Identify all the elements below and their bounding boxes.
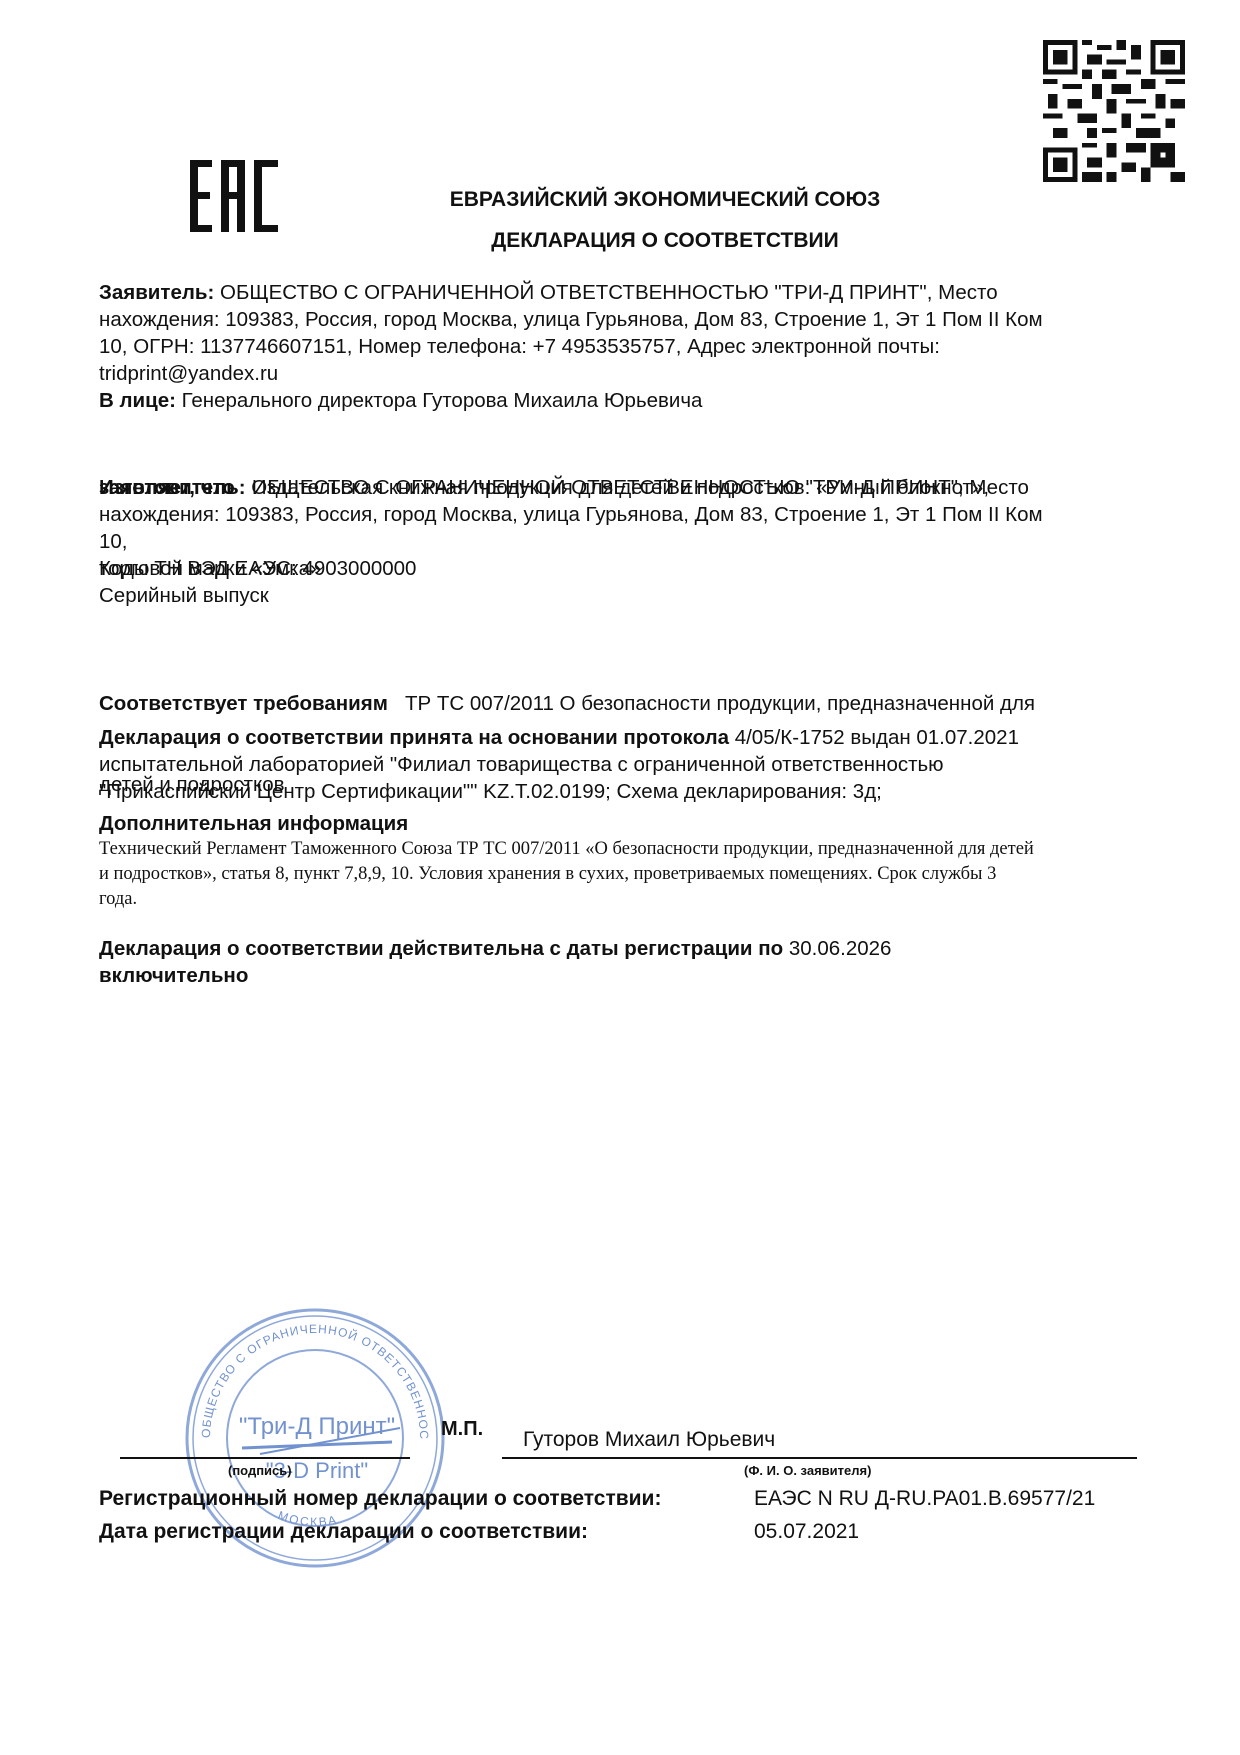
name-line <box>502 1457 1137 1459</box>
registration-number-label: Регистрационный номер декларации о соотв… <box>99 1487 661 1511</box>
manufacturer-line-1: ОБЩЕСТВО С ОГРАНИЧЕННОЙ ОТВЕТСТВЕННОСТЬЮ… <box>246 476 1029 499</box>
conformity-label: Соответствует требованиям <box>99 692 388 715</box>
basis-label: Декларация о соответствии принята на осн… <box>99 726 729 749</box>
validity-date: 30.06.2026 <box>783 937 891 960</box>
signature-line <box>120 1457 410 1459</box>
basis-block: Декларация о соответствии принята на осн… <box>99 724 1169 805</box>
manufacturer-line-2: нахождения: 109383, Россия, город Москва… <box>99 501 1169 528</box>
additional-info-line-1: Технический Регламент Таможенного Союза … <box>99 837 1169 862</box>
manufacturer-line-3: 10, <box>99 528 1169 555</box>
manufacturer-block: Изготовитель: ОБЩЕСТВО С ОГРАНИЧЕННОЙ ОТ… <box>99 474 1169 609</box>
additional-info-line-2: и подростков», статья 8, пункт 7,8,9, 10… <box>99 862 1169 887</box>
name-caption: (Ф. И. О. заявителя) <box>744 1463 871 1478</box>
basis-line-1: 4/05/К-1752 выдан 01.07.2021 <box>729 726 1019 749</box>
seal-place-label: М.П. <box>441 1418 483 1441</box>
additional-info-label: Дополнительная информация <box>99 812 408 835</box>
hs-codes: Коды ТН ВЭД ЕАЭС: 4903000000 <box>99 555 1169 582</box>
applicant-label: Заявитель: <box>99 281 214 304</box>
production-type: Серийный выпуск <box>99 582 1169 609</box>
applicant-email: tridprint@yandex.ru <box>99 360 1169 387</box>
basis-line-3: "Прикаспийский Центр Сертификации"" KZ.T… <box>99 778 1169 805</box>
additional-info-line-3: года. <box>99 887 1169 912</box>
union-title: ЕВРАЗИЙСКИЙ ЭКОНОМИЧЕСКИЙ СОЮЗ <box>0 188 1240 212</box>
registration-date: 05.07.2021 <box>754 1520 859 1544</box>
qr-code-icon[interactable] <box>1043 40 1185 182</box>
applicant-line-1: ОБЩЕСТВО С ОГРАНИЧЕННОЙ ОТВЕТСТВЕННОСТЬЮ… <box>214 281 997 304</box>
manufacturer-label: Изготовитель: <box>99 476 246 499</box>
document-title: ДЕКЛАРАЦИЯ О СООТВЕТСТВИИ <box>0 229 1240 253</box>
validity-block: Декларация о соответствии действительна … <box>99 935 1169 989</box>
additional-info-block: Дополнительная информация Технический Ре… <box>99 810 1169 912</box>
signature-caption: (подпись) <box>228 1463 292 1478</box>
basis-line-2: испытательной лабораторией "Филиал товар… <box>99 751 1169 778</box>
registration-date-label: Дата регистрации декларации о соответств… <box>99 1520 588 1544</box>
represented-by-value: Генерального директора Гуторова Михаила … <box>176 389 702 412</box>
conformity-line-1: ТР ТС 007/2011 О безопасности продукции,… <box>388 692 1035 715</box>
applicant-line-3: 10, ОГРН: 1137746607151, Номер телефона:… <box>99 333 1169 360</box>
represented-by-label: В лице: <box>99 389 176 412</box>
applicant-line-2: нахождения: 109383, Россия, город Москва… <box>99 306 1169 333</box>
validity-label: Декларация о соответствии действительна … <box>99 937 783 960</box>
registration-number: ЕАЭС N RU Д-RU.PA01.B.69577/21 <box>754 1487 1095 1511</box>
represented-by: В лице: Генерального директора Гуторова … <box>99 387 1169 414</box>
applicant-block: Заявитель: ОБЩЕСТВО С ОГРАНИЧЕННОЙ ОТВЕТ… <box>99 279 1169 387</box>
applicant-name: Гуторов Михаил Юрьевич <box>523 1428 775 1452</box>
validity-label-2: включительно <box>99 964 248 987</box>
stamp-company-name: "Три-Д Принт" <box>239 1413 395 1440</box>
